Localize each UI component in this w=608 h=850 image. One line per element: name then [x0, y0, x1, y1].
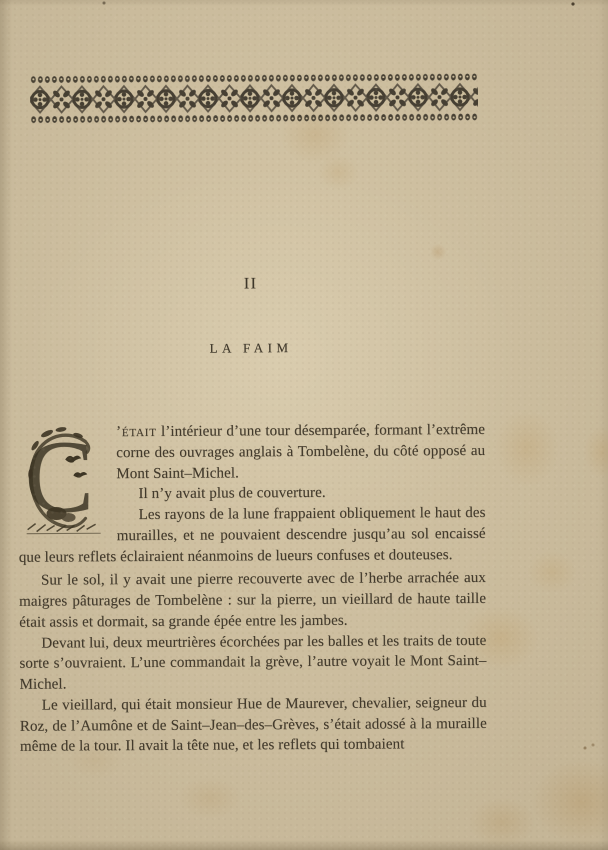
chapter-title: LA FAIM: [17, 339, 484, 358]
paragraph-1-lead-smallcaps: ’était: [116, 424, 157, 440]
paragraph-6: Le vieillard, qui était monsieur Hue de …: [20, 693, 487, 758]
paragraph-5: Devant lui, deux meurtrières écorchées p…: [19, 630, 486, 695]
ornament-band-icon: [30, 71, 478, 126]
drop-cap-illustration: C: [23, 425, 104, 535]
page-content: II LA FAIM C: [0, 0, 608, 850]
paragraph-1-text: l’intérieur d’une tour désemparée, forma…: [116, 422, 485, 482]
body-text: C: [18, 420, 487, 758]
paragraph-4: Sur le sol, il y avait une pierre recouv…: [19, 568, 486, 633]
book-page: II LA FAIM C: [0, 0, 608, 850]
chapter-number: II: [17, 274, 484, 295]
